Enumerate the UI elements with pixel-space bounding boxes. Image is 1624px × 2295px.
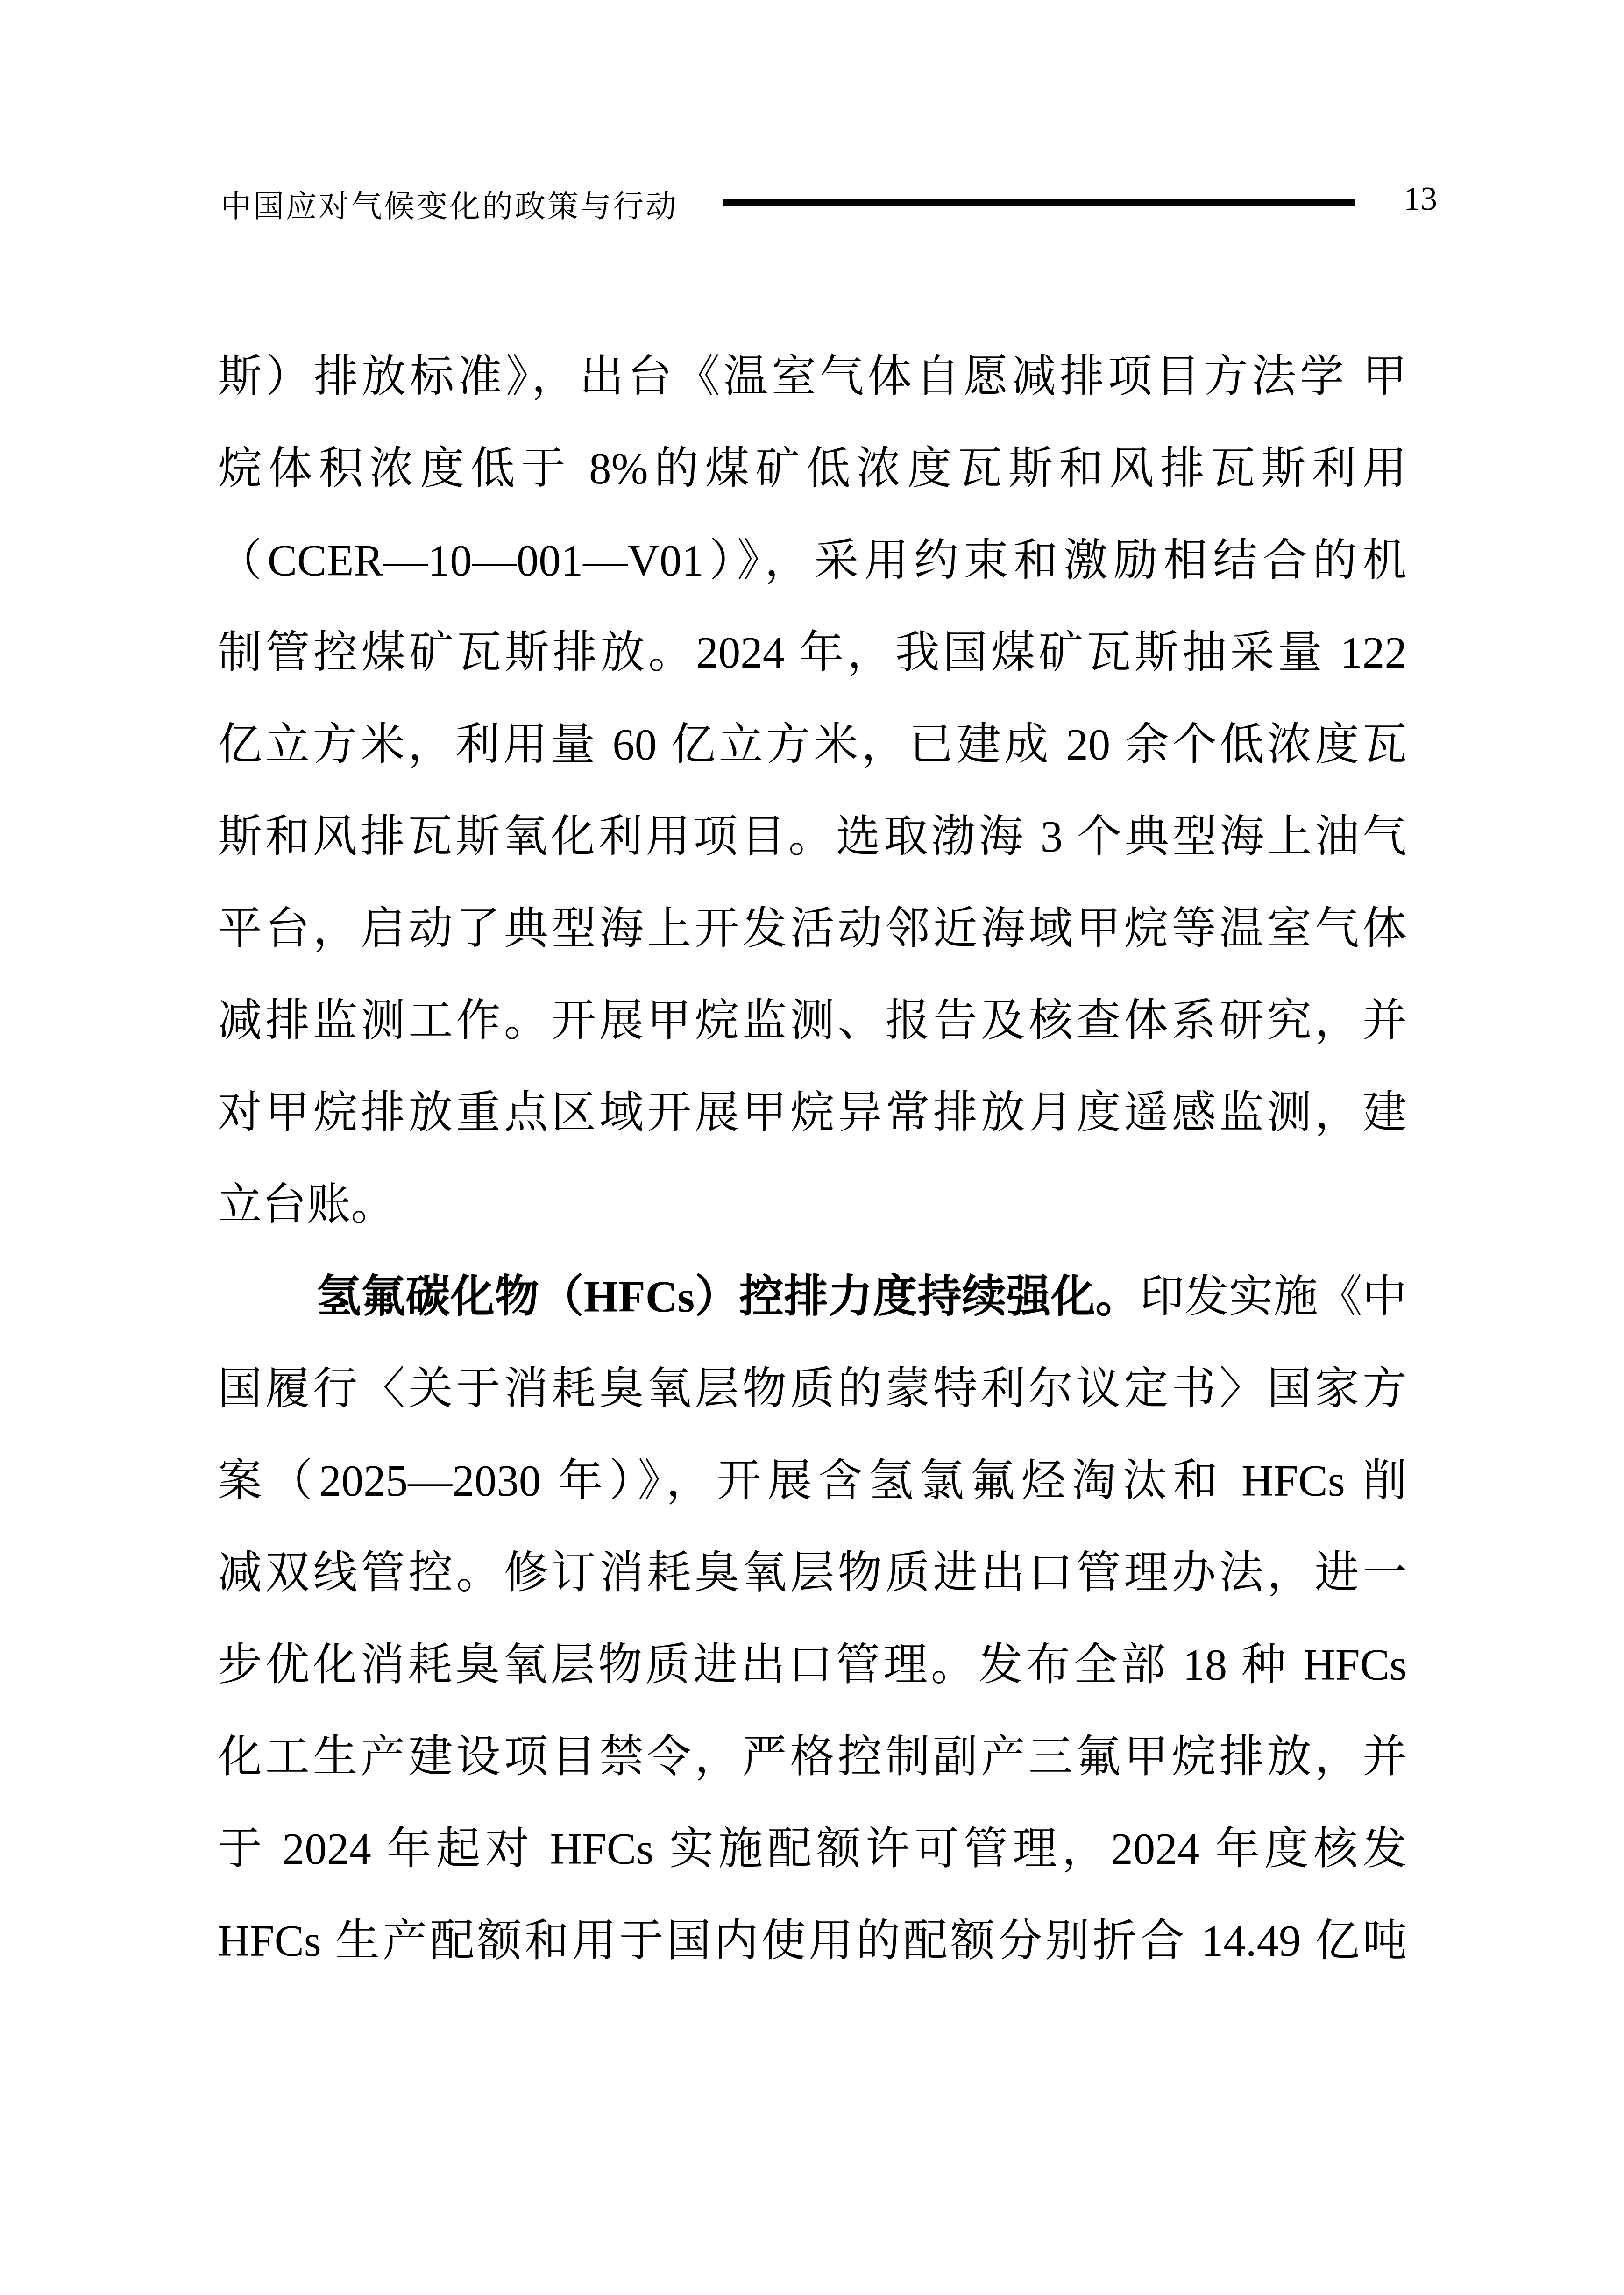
paragraph: 斯）排放标准》，出台《温室气体自愿减排项目方法学 甲烷体积浓度低于 8%的煤矿低…: [218, 331, 1407, 1251]
text-segment: （CCER—10—001—V01）》，采用约束和激励相结合的机: [218, 536, 1407, 585]
text-segment: 化工生产建设项目禁令，严格控制副产三氟甲烷排放，并: [218, 1732, 1407, 1782]
text-segment: 平台，启动了典型海上开发活动邻近海域甲烷等温室气体: [218, 904, 1407, 953]
text-segment: 步优化消耗臭氧层物质进出口管理。发布全部 18 种 HFCs: [218, 1640, 1407, 1690]
text-line: 对甲烷排放重点区域开展甲烷异常排放月度遥感监测，建: [218, 1067, 1407, 1159]
text-segment: 印发实施《中: [1140, 1272, 1407, 1322]
text-line: HFCs 生产配额和用于国内使用的配额分别折合 14.49 亿吨: [218, 1895, 1407, 1987]
text-segment: 对甲烷排放重点区域开展甲烷异常排放月度遥感监测，建: [218, 1088, 1407, 1137]
body-text: 斯）排放标准》，出台《温室气体自愿减排项目方法学 甲烷体积浓度低于 8%的煤矿低…: [218, 331, 1407, 1987]
header-rule: [723, 199, 1355, 206]
running-header-title: 中国应对气候变化的政策与行动: [220, 181, 678, 226]
text-line: 立台账。: [218, 1159, 1407, 1251]
text-line: 于 2024 年起对 HFCs 实施配额许可管理，2024 年度核发: [218, 1803, 1407, 1895]
text-line: 减双线管控。修订消耗臭氧层物质进出口管理办法，进一: [218, 1527, 1407, 1619]
text-line: 国履行〈关于消耗臭氧层物质的蒙特利尔议定书〉国家方: [218, 1343, 1407, 1435]
text-segment: 减排监测工作。开展甲烷监测、报告及核查体系研究，并: [218, 996, 1407, 1045]
text-line: 化工生产建设项目禁令，严格控制副产三氟甲烷排放，并: [218, 1711, 1407, 1803]
paragraph: 氢氟碳化物（HFCs）控排力度持续强化。印发实施《中国履行〈关于消耗臭氧层物质的…: [218, 1251, 1407, 1987]
text-segment: 烷体积浓度低于 8%的煤矿低浓度瓦斯和风排瓦斯利用: [218, 444, 1407, 493]
bold-lead-text: 氢氟碳化物（HFCs）控排力度持续强化。: [317, 1272, 1140, 1322]
text-segment: 斯和风排瓦斯氧化利用项目。选取渤海 3 个典型海上油气: [218, 812, 1407, 861]
text-line: 减排监测工作。开展甲烷监测、报告及核查体系研究，并: [218, 975, 1407, 1067]
text-segment: 案（2025—2030 年）》，开展含氢氯氟烃淘汰和 HFCs 削: [218, 1456, 1407, 1506]
text-line: 氢氟碳化物（HFCs）控排力度持续强化。印发实施《中: [218, 1251, 1407, 1343]
text-line: 步优化消耗臭氧层物质进出口管理。发布全部 18 种 HFCs: [218, 1619, 1407, 1711]
text-line: 亿立方米，利用量 60 亿立方米，已建成 20 余个低浓度瓦: [218, 699, 1407, 791]
text-segment: HFCs 生产配额和用于国内使用的配额分别折合 14.49 亿吨: [218, 1916, 1407, 1966]
text-line: 平台，启动了典型海上开发活动邻近海域甲烷等温室气体: [218, 883, 1407, 975]
document-page: 中国应对气候变化的政策与行动 13 斯）排放标准》，出台《温室气体自愿减排项目方…: [0, 0, 1624, 2295]
text-segment: 制管控煤矿瓦斯排放。2024 年，我国煤矿瓦斯抽采量 122: [218, 628, 1407, 677]
text-line: 制管控煤矿瓦斯排放。2024 年，我国煤矿瓦斯抽采量 122: [218, 607, 1407, 699]
text-segment: 减双线管控。修订消耗臭氧层物质进出口管理办法，进一: [218, 1548, 1407, 1598]
text-line: （CCER—10—001—V01）》，采用约束和激励相结合的机: [218, 515, 1407, 607]
text-segment: 立台账。: [218, 1180, 395, 1229]
text-segment: 于 2024 年起对 HFCs 实施配额许可管理，2024 年度核发: [218, 1824, 1407, 1874]
text-line: 斯和风排瓦斯氧化利用项目。选取渤海 3 个典型海上油气: [218, 791, 1407, 883]
text-segment: 国履行〈关于消耗臭氧层物质的蒙特利尔议定书〉国家方: [218, 1364, 1407, 1414]
page-number: 13: [1404, 179, 1437, 218]
text-line: 烷体积浓度低于 8%的煤矿低浓度瓦斯和风排瓦斯利用: [218, 423, 1407, 515]
text-segment: 斯）排放标准》，出台《温室气体自愿减排项目方法学 甲: [218, 352, 1407, 401]
text-line: 斯）排放标准》，出台《温室气体自愿减排项目方法学 甲: [218, 331, 1407, 423]
text-segment: 亿立方米，利用量 60 亿立方米，已建成 20 余个低浓度瓦: [218, 720, 1407, 769]
text-line: 案（2025—2030 年）》，开展含氢氯氟烃淘汰和 HFCs 削: [218, 1435, 1407, 1527]
